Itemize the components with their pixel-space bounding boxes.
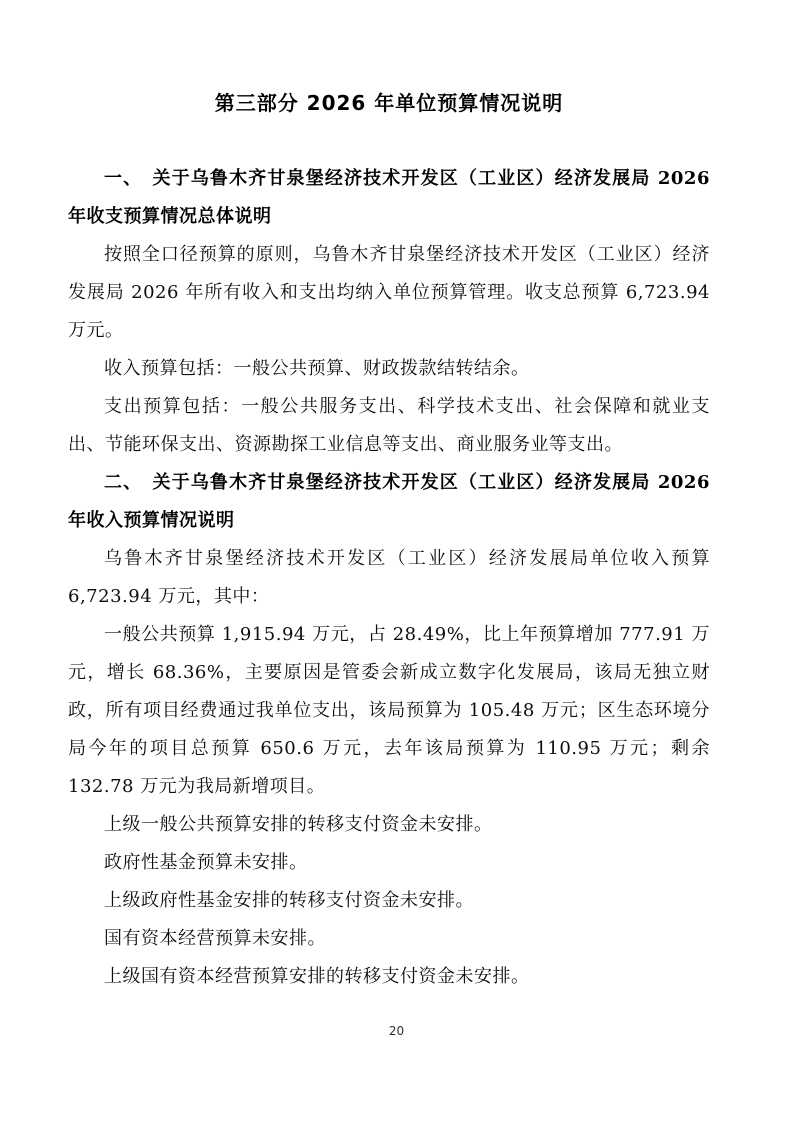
paragraph-superior-transfer-state-capital: 上级国有资本经营预算安排的转移支付资金未安排。: [68, 958, 710, 996]
page-number: 20: [389, 1024, 404, 1038]
page-footer: 20: [0, 1020, 793, 1039]
section-heading-income-expense-overview: 一、 关于乌鲁木齐甘泉堡经济技术开发区（工业区）经济发展局 2026 年收支预算…: [68, 160, 710, 236]
paragraph-superior-transfer-government-fund: 上级政府性基金安排的转移支付资金未安排。: [68, 882, 710, 920]
page-title: 第三部分 2026 年单位预算情况说明: [68, 88, 710, 118]
paragraph-general-public-budget-detail: 一般公共预算 1,915.94 万元，占 28.49%，比上年预算增加 777.…: [68, 616, 710, 806]
paragraph-total-budget: 按照全口径预算的原则，乌鲁木齐甘泉堡经济技术开发区（工业区）经济发展局 2026…: [68, 236, 710, 350]
paragraph-government-fund-budget: 政府性基金预算未安排。: [68, 844, 710, 882]
section-heading-income-explanation: 二、 关于乌鲁木齐甘泉堡经济技术开发区（工业区）经济发展局 2026 年收入预算…: [68, 464, 710, 540]
paragraph-income-budget-includes: 收入预算包括：一般公共预算、财政拨款结转结余。: [68, 350, 710, 388]
paragraph-superior-transfer-general-public: 上级一般公共预算安排的转移支付资金未安排。: [68, 806, 710, 844]
paragraph-unit-income-budget: 乌鲁木齐甘泉堡经济技术开发区（工业区）经济发展局单位收入预算 6,723.94 …: [68, 540, 710, 616]
paragraph-expense-budget-includes: 支出预算包括：一般公共服务支出、科学技术支出、社会保障和就业支出、节能环保支出、…: [68, 388, 710, 464]
paragraph-state-capital-budget: 国有资本经营预算未安排。: [68, 920, 710, 958]
document-page: 第三部分 2026 年单位预算情况说明 一、 关于乌鲁木齐甘泉堡经济技术开发区（…: [0, 0, 793, 1122]
